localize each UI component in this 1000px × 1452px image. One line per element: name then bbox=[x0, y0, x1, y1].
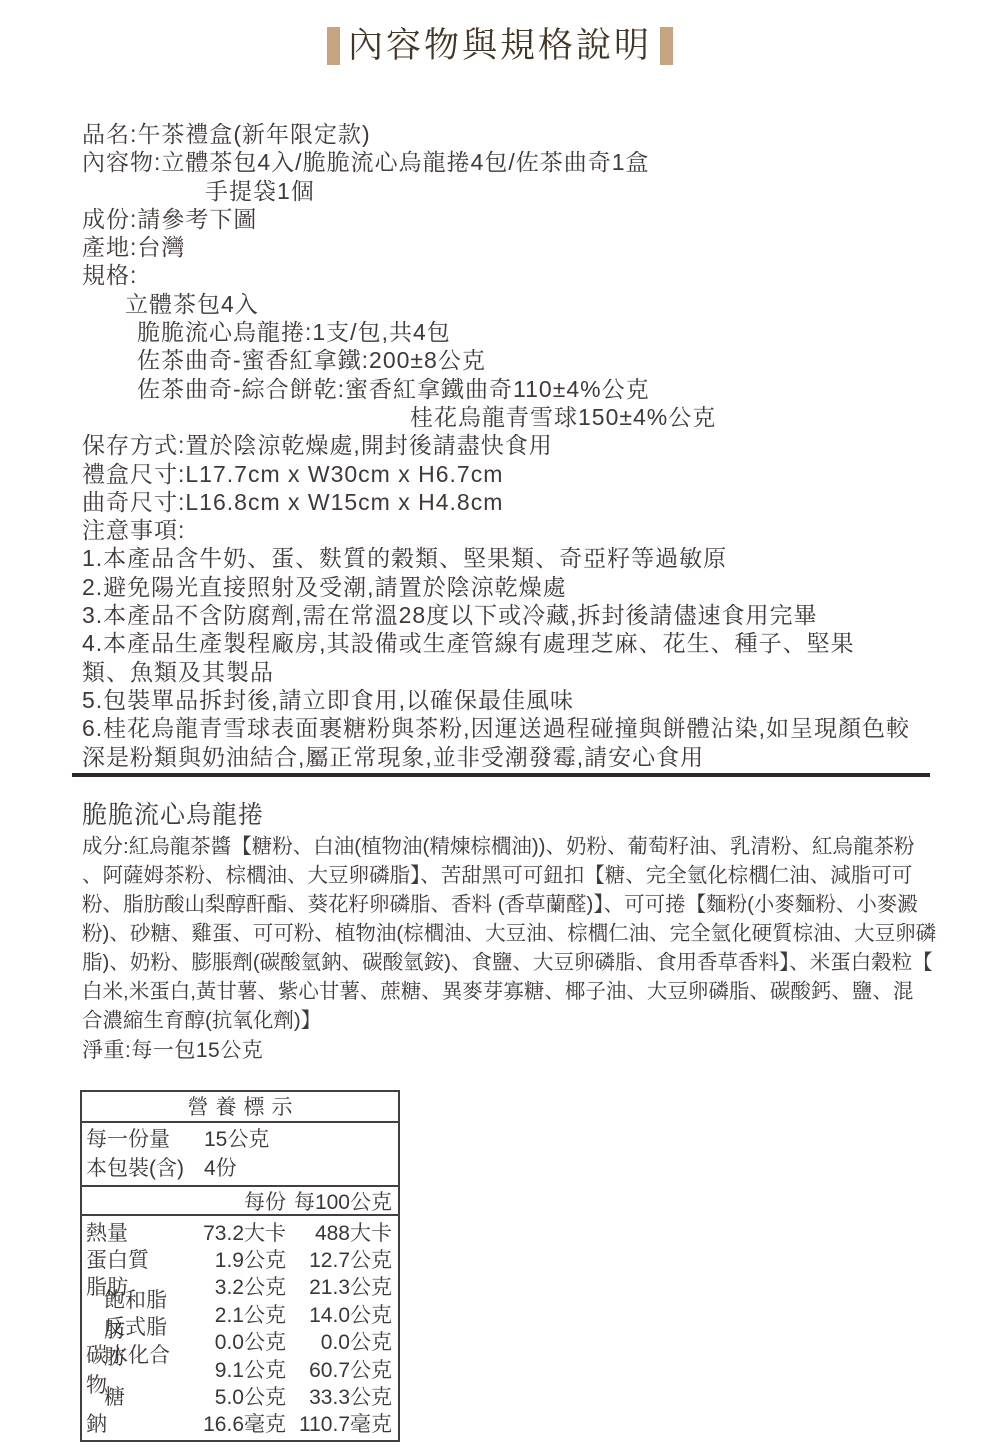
nutrition-row-sodium: 鈉 16.6毫克 110.7毫克 bbox=[82, 1410, 398, 1437]
nutrition-value-per-serving: 2.1公克 bbox=[186, 1299, 286, 1329]
ingredients-line: 粉、脂肪酸山梨醇酐酯、葵花籽卵磷脂、香料 (香草蘭醛)】、可可捲【麵粉(小麥麵粉… bbox=[82, 890, 982, 919]
net-weight: 淨重:每一包15公克 bbox=[82, 1034, 263, 1064]
spec-line-cookie-mixed-2: 桂花烏龍青雪球150±4%公克 bbox=[82, 403, 982, 431]
column-header-per-serving: 每份 bbox=[186, 1186, 286, 1216]
ingredients-line: 、阿薩姆茶粉、棕櫚油、大豆卵磷脂】、苦甜黑可可鈕扣【糖、完全氫化棕櫚仁油、減脂可… bbox=[82, 861, 982, 890]
ingredients-line: 粉)、砂糖、雞蛋、可可粉、植物油(棕櫚油、大豆油、棕櫚仁油、完全氫化硬質棕油、大… bbox=[82, 919, 982, 948]
spec-line-product-name: 品名:午茶禮盒(新年限定款) bbox=[82, 120, 982, 148]
spec-note-4-cont: 類、魚類及其製品 bbox=[82, 658, 982, 686]
spec-section: 品名:午茶禮盒(新年限定款) 內容物:立體茶包4入/脆脆流心烏龍捲4包/佐茶曲奇… bbox=[82, 120, 982, 771]
spec-line-cookie-size: 曲奇尺寸:L16.8cm x W15cm x H4.8cm bbox=[82, 488, 982, 516]
product-spec-document: 內容物與規格說明 品名:午茶禮盒(新年限定款) 內容物:立體茶包4入/脆脆流心烏… bbox=[0, 0, 1000, 1452]
column-header-per-100g: 每100公克 bbox=[286, 1186, 392, 1216]
spec-line-oolong-roll: 脆脆流心烏龍捲:1支/包,共4包 bbox=[82, 318, 982, 346]
nutrition-table: 營養標示 每一份量 15公克 本包裝(含) 4份 每份 每100公克 熱量 73… bbox=[80, 1090, 400, 1442]
page-title-row: 內容物與規格說明 bbox=[0, 26, 1000, 66]
nutrition-value-per-100g: 21.3公克 bbox=[286, 1271, 392, 1301]
page-title: 內容物與規格說明 bbox=[348, 26, 652, 66]
spec-line-box-size: 禮盒尺寸:L17.7cm x W30cm x H6.7cm bbox=[82, 460, 982, 488]
nutrition-value-per-100g: 488大卡 bbox=[286, 1217, 392, 1247]
spec-note-6: 6.桂花烏龍青雪球表面裹糖粉與茶粉,因運送過程碰撞與餅體沾染,如呈現顏色較 bbox=[82, 714, 982, 742]
ingredients-line: 白米,米蛋白,黃甘薯、紫心甘薯、蔗糖、異麥芽寡糖、椰子油、大豆卵磷脂、碳酸鈣、鹽… bbox=[82, 977, 982, 1006]
spec-line-teabags: 立體茶包4入 bbox=[82, 290, 982, 318]
spec-line-contents: 內容物:立體茶包4入/脆脆流心烏龍捲4包/佐茶曲奇1盒 bbox=[82, 148, 982, 176]
spec-line-spec-label: 規格: bbox=[82, 261, 982, 289]
crunchy-roll-heading: 脆脆流心烏龍捲 bbox=[82, 795, 264, 831]
crunchy-roll-ingredients: 成分:紅烏龍茶醬【糖粉、白油(植物油(精煉棕櫚油))、奶粉、葡萄籽油、乳清粉、紅… bbox=[82, 832, 982, 1035]
nutrition-value-per-serving: 16.6毫克 bbox=[186, 1408, 286, 1438]
spec-line-storage: 保存方式:置於陰涼乾燥處,開封後請盡快食用 bbox=[82, 431, 982, 459]
nutrition-value-per-serving: 1.9公克 bbox=[186, 1244, 286, 1274]
nutrition-label: 熱量 bbox=[86, 1217, 186, 1247]
servings-per-pack-label: 本包裝(含) bbox=[86, 1154, 204, 1183]
nutrition-label: 糖 bbox=[86, 1381, 186, 1411]
nutrition-rows: 熱量 73.2大卡 488大卡 蛋白質 1.9公克 12.7公克 脂肪 3.2公… bbox=[82, 1216, 398, 1440]
nutrition-value-per-serving: 5.0公克 bbox=[186, 1381, 286, 1411]
nutrition-value-per-100g: 14.0公克 bbox=[286, 1299, 392, 1329]
spec-line-contents-cont: 手提袋1個 bbox=[82, 177, 982, 205]
nutrition-serving-block: 每一份量 15公克 本包裝(含) 4份 bbox=[82, 1123, 398, 1187]
spec-note-2: 2.避免陽光直接照射及受潮,請置於陰涼乾燥處 bbox=[82, 573, 982, 601]
nutrition-value-per-100g: 0.0公克 bbox=[286, 1326, 392, 1356]
nutrition-title: 營養標示 bbox=[82, 1092, 398, 1123]
ingredients-line: 成分:紅烏龍茶醬【糖粉、白油(植物油(精煉棕櫚油))、奶粉、葡萄籽油、乳清粉、紅… bbox=[82, 832, 982, 861]
nutrition-value-per-100g: 60.7公克 bbox=[286, 1354, 392, 1384]
section-divider bbox=[72, 773, 930, 777]
nutrition-value-per-serving: 9.1公克 bbox=[186, 1354, 286, 1384]
spec-line-notes-label: 注意事項: bbox=[82, 516, 982, 544]
spec-line-origin: 產地:台灣 bbox=[82, 233, 982, 261]
nutrition-column-headers: 每份 每100公克 bbox=[82, 1187, 398, 1216]
serving-size-label: 每一份量 bbox=[86, 1125, 204, 1154]
nutrition-label: 鈉 bbox=[86, 1408, 186, 1438]
nutrition-row-sugar: 糖 5.0公克 33.3公克 bbox=[82, 1382, 398, 1409]
nutrition-value-per-100g: 33.3公克 bbox=[286, 1381, 392, 1411]
spec-note-1: 1.本產品含牛奶、蛋、麩質的穀類、堅果類、奇亞籽等過敏原 bbox=[82, 544, 982, 572]
nutrition-label: 蛋白質 bbox=[86, 1244, 186, 1274]
nutrition-value-per-serving: 73.2大卡 bbox=[186, 1217, 286, 1247]
servings-per-pack-value: 4份 bbox=[204, 1154, 237, 1183]
nutrition-value-per-100g: 110.7毫克 bbox=[286, 1408, 392, 1438]
serving-size-row: 每一份量 15公克 bbox=[86, 1125, 398, 1154]
title-accent-bar-left bbox=[327, 27, 340, 65]
spec-line-cookie-mixed: 佐茶曲奇-綜合餅乾:蜜香紅拿鐵曲奇110±4%公克 bbox=[82, 375, 982, 403]
nutrition-value-per-serving: 0.0公克 bbox=[186, 1326, 286, 1356]
spec-note-4: 4.本產品生產製程廠房,其設備或生產管線有處理芝麻、花生、種子、堅果 bbox=[82, 629, 982, 657]
spec-note-5: 5.包裝單品拆封後,請立即食用,以確保最佳風味 bbox=[82, 686, 982, 714]
ingredients-line: 脂)、奶粉、膨脹劑(碳酸氫鈉、碳酸氫銨)、食鹽、大豆卵磷脂、食用香草香料】、米蛋… bbox=[82, 948, 982, 977]
nutrition-row-protein: 蛋白質 1.9公克 12.7公克 bbox=[82, 1245, 398, 1272]
spec-note-3: 3.本產品不含防腐劑,需在常溫28度以下或冷藏,拆封後請儘速食用完畢 bbox=[82, 601, 982, 629]
spec-line-ingredients-ref: 成份:請參考下圖 bbox=[82, 205, 982, 233]
spec-line-cookie-latte: 佐茶曲奇-蜜香紅拿鐵:200±8公克 bbox=[82, 346, 982, 374]
nutrition-value-per-serving: 3.2公克 bbox=[186, 1271, 286, 1301]
title-accent-bar-right bbox=[660, 27, 673, 65]
nutrition-row-carbohydrate: 碳水化合物 9.1公克 60.7公克 bbox=[82, 1355, 398, 1382]
serving-size-value: 15公克 bbox=[204, 1125, 269, 1154]
servings-per-pack-row: 本包裝(含) 4份 bbox=[86, 1154, 398, 1183]
ingredients-line: 合濃縮生育醇(抗氧化劑)】 bbox=[82, 1006, 982, 1035]
nutrition-value-per-100g: 12.7公克 bbox=[286, 1244, 392, 1274]
spec-note-6-cont: 深是粉類與奶油結合,屬正常現象,並非受潮發霉,請安心食用 bbox=[82, 743, 982, 771]
nutrition-row-calories: 熱量 73.2大卡 488大卡 bbox=[82, 1218, 398, 1245]
